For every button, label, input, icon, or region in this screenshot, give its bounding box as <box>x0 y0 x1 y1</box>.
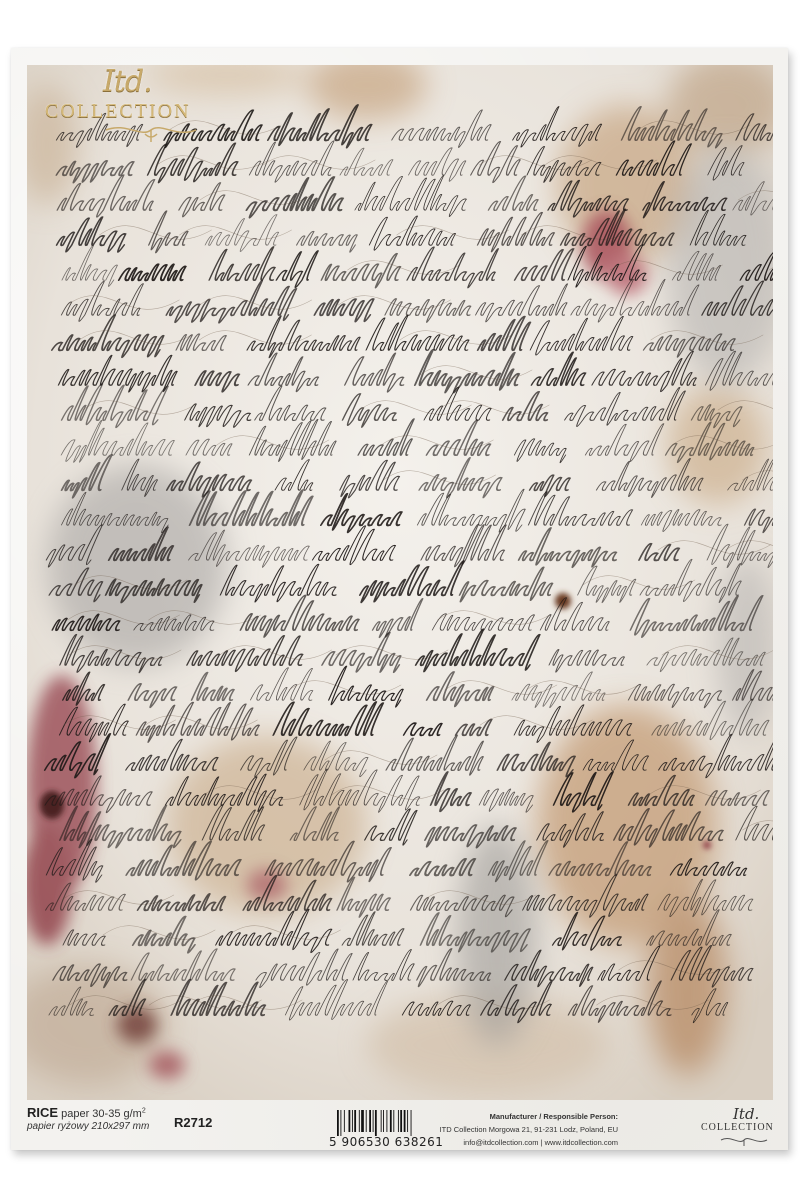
product-info-footer: RICE paper 30-35 g/m2 papier ryżowy 210x… <box>11 1100 788 1150</box>
manufacturer-address: ITD Collection Morgowa 21, 91-231 Lodz, … <box>440 1123 618 1136</box>
artwork-canvas <box>27 65 773 1100</box>
manufacturer-info: Manufacturer / Responsible Person: ITD C… <box>440 1110 618 1149</box>
brand-logo-top: Itd. COLLECTION <box>31 62 231 152</box>
product-type-pl: papier ryżowy 210x297 mm <box>27 1121 149 1132</box>
barcode-number: 5 906530 638261 <box>329 1135 443 1149</box>
product-weight-sup: 2 <box>142 1107 146 1114</box>
barcode-icon <box>337 1110 441 1136</box>
flourish-ornament-icon <box>101 120 201 144</box>
brand-logo-bottom: Itd. COLLECTION <box>701 1105 786 1150</box>
product-type-bold: RICE <box>27 1105 58 1120</box>
rice-paper-sheet: Itd. COLLECTION <box>11 48 788 1150</box>
brand-script: Itd. <box>103 64 152 99</box>
manufacturer-heading: Manufacturer / Responsible Person: <box>440 1110 618 1123</box>
artwork-calligraphy-letter <box>27 65 773 1100</box>
product-code: R2712 <box>174 1115 212 1130</box>
brand-word-bottom: COLLECTION <box>701 1122 774 1133</box>
manufacturer-contact: info@itdcollection.com | www.itdcollecti… <box>440 1136 618 1149</box>
flourish-bottom-icon <box>719 1135 769 1147</box>
brand-script-bottom: Itd. <box>733 1105 759 1123</box>
product-weight: paper 30-35 g/m <box>58 1108 142 1120</box>
product-type: RICE paper 30-35 g/m2 <box>27 1105 146 1120</box>
